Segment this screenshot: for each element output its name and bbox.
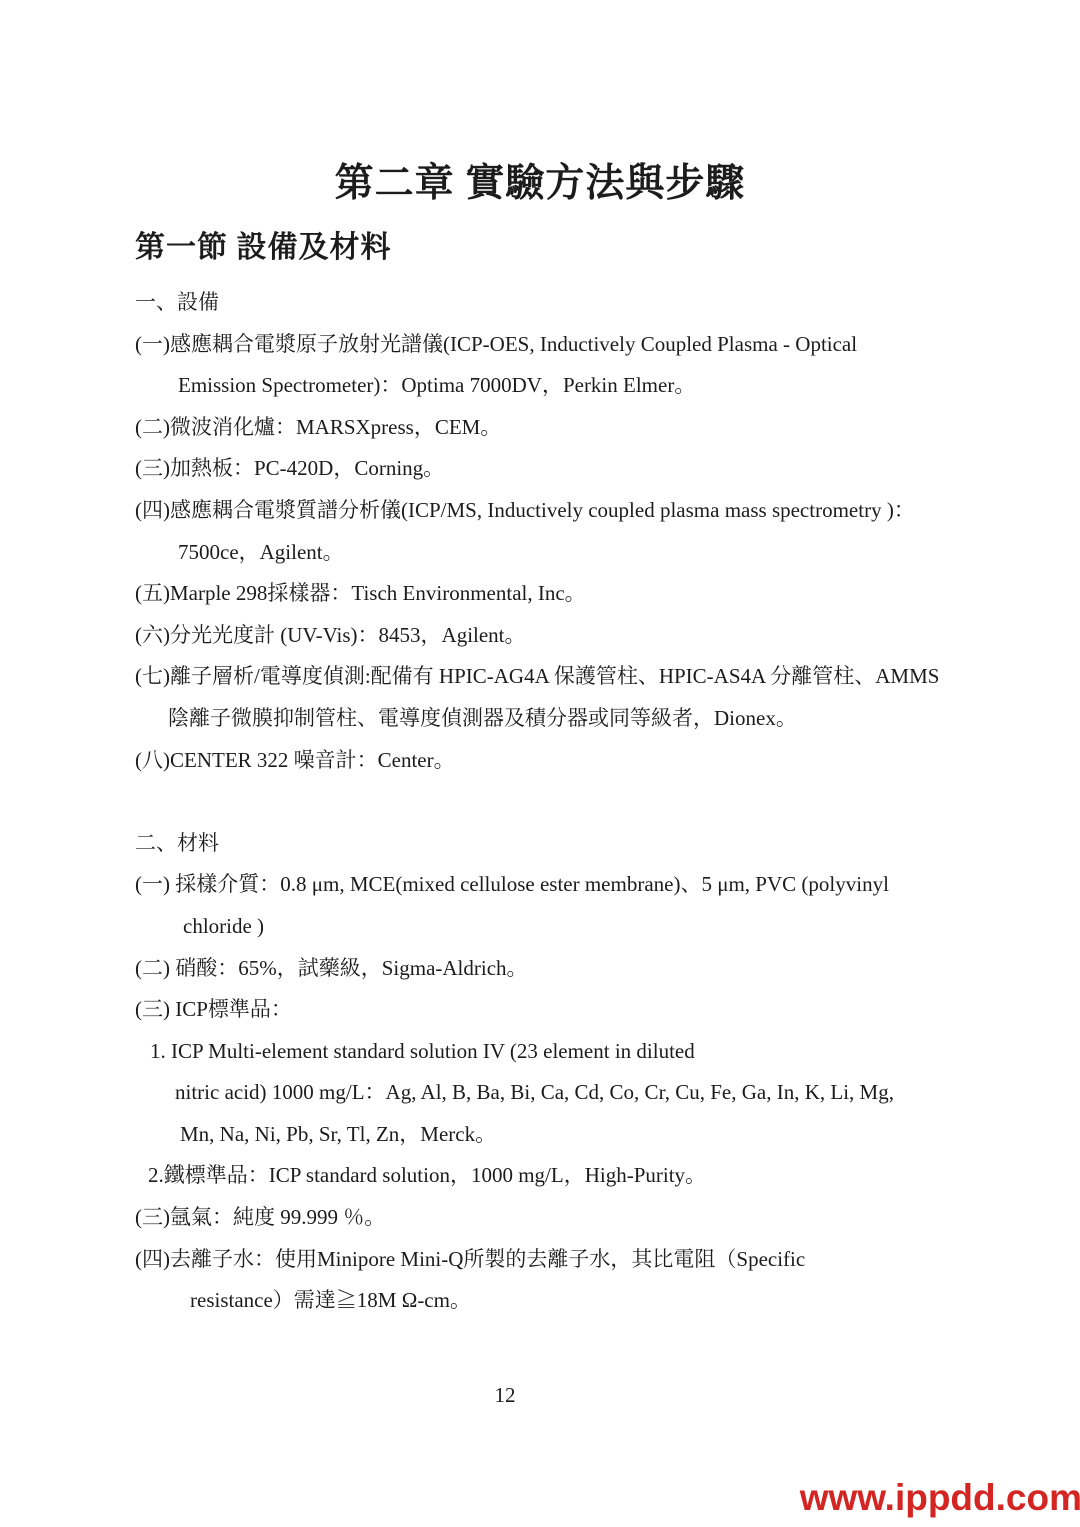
page-number: 12 <box>0 1383 1010 1408</box>
text-line: Emission Spectrometer)：Optima 7000DV，Per… <box>135 365 1035 407</box>
text-line: (二) 硝酸：65%，試藥級，Sigma-Aldrich。 <box>135 948 1035 990</box>
text-line: 2.鐵標準品：ICP standard solution，1000 mg/L，H… <box>135 1155 1035 1197</box>
watermark-text: www.ippdd.com <box>800 1477 1080 1519</box>
text-line: Mn, Na, Ni, Pb, Sr, Tl, Zn，Merck。 <box>135 1114 1035 1156</box>
text-line: 陰離子微膜抑制管柱、電導度偵測器及積分器或同等級者，Dionex。 <box>135 698 1035 740</box>
text-line: (四)去離子水：使用Minipore Mini-Q所製的去離子水，其比電阻（Sp… <box>135 1239 1035 1281</box>
text-line: (三)加熱板：PC-420D，Corning。 <box>135 448 1035 490</box>
section-heading: 第一節 設備及材料 <box>135 222 392 266</box>
text-line: (二)微波消化爐：MARSXpress，CEM。 <box>135 407 1035 449</box>
text-line: 7500ce，Agilent。 <box>135 532 1035 574</box>
text-line: (五)Marple 298採樣器：Tisch Environmental, In… <box>135 573 1035 615</box>
document-body: 一、設備(一)感應耦合電漿原子放射光譜儀(ICP-OES, Inductivel… <box>135 282 1035 1322</box>
text-line: (四)感應耦合電漿質譜分析儀(ICP/MS, Inductively coupl… <box>135 490 1035 532</box>
text-line: (三) ICP標準品： <box>135 989 1035 1031</box>
text-line: 二、材料 <box>135 823 1035 865</box>
text-line: (八)CENTER 322 噪音計：Center。 <box>135 740 1035 782</box>
text-line: (七)離子層析/電導度偵測:配備有 HPIC-AG4A 保護管柱、HPIC-AS… <box>135 656 1035 698</box>
blank-line <box>135 781 1035 823</box>
text-line: resistance）需達≧18M Ω-cm。 <box>135 1280 1035 1322</box>
chapter-title: 第二章 實驗方法與步驟 <box>0 152 1080 208</box>
text-line: (一) 採樣介質：0.8 μm, MCE(mixed cellulose est… <box>135 864 1035 906</box>
text-line: (一)感應耦合電漿原子放射光譜儀(ICP-OES, Inductively Co… <box>135 324 1035 366</box>
text-line: (三)氬氣：純度 99.999 ％。 <box>135 1197 1035 1239</box>
text-line: chloride ) <box>135 906 1035 948</box>
text-line: 一、設備 <box>135 282 1035 324</box>
text-line: 1. ICP Multi-element standard solution I… <box>135 1031 1035 1073</box>
text-line: (六)分光光度計 (UV-Vis)：8453，Agilent。 <box>135 615 1035 657</box>
document-page: 第二章 實驗方法與步驟 第一節 設備及材料 一、設備(一)感應耦合電漿原子放射光… <box>0 0 1080 1527</box>
text-line: nitric acid) 1000 mg/L：Ag, Al, B, Ba, Bi… <box>135 1072 1035 1114</box>
